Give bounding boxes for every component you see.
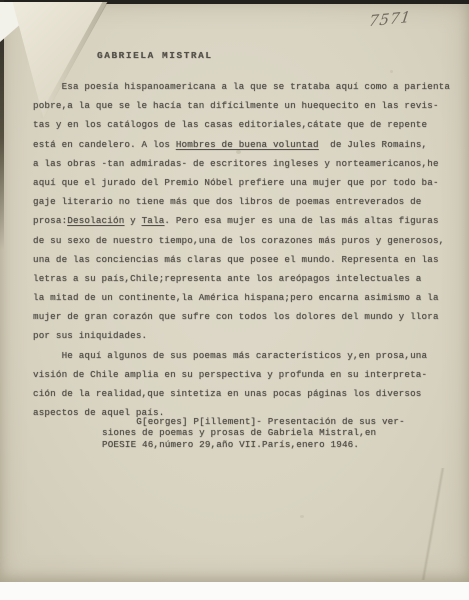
paper-crease bbox=[416, 468, 450, 580]
typed-line: POESIE 46,número 29,año VII.París,enero … bbox=[102, 439, 462, 450]
citation-block: G[eorges] P[illement]- Presentación de s… bbox=[102, 416, 462, 450]
paper-blemish bbox=[390, 70, 393, 73]
typed-line: ción de la realidad,que sintetiza en una… bbox=[33, 384, 463, 403]
typed-line: visión de Chile amplia en su perspectiva… bbox=[33, 365, 463, 384]
typed-line: a las obras -tan admiradas- de escritore… bbox=[33, 154, 463, 173]
typed-line: tas y en los catálogos de las casas edit… bbox=[33, 115, 463, 134]
typed-line: Esa poesía hispanoamericana a la que se … bbox=[33, 77, 463, 96]
typed-line: está en candelero. A los Hombres de buen… bbox=[33, 135, 463, 154]
typed-line: de su sexo de nuestro tiempo,una de los … bbox=[33, 231, 463, 250]
typed-line: prosa:Desolación y Tala. Pero esa mujer … bbox=[33, 211, 463, 230]
typed-line: una de las conciencias más claras que po… bbox=[33, 250, 463, 269]
typed-line: por sus iniquidades. bbox=[33, 326, 463, 345]
typed-line: aquí que el jurado del Premio Nóbel pref… bbox=[33, 173, 463, 192]
typed-line: He aquí algunos de sus poemas más caract… bbox=[33, 346, 463, 365]
scanned-document-page: { "scan": { "handwritten_number": "7571"… bbox=[0, 0, 469, 600]
typed-line: letras a su país,Chile;representa ante l… bbox=[33, 269, 463, 288]
scanner-background-strip bbox=[0, 582, 469, 600]
typed-line: siones de poemas y prosas de Gabriela Mi… bbox=[102, 427, 462, 438]
typed-line: G[eorges] P[illement]- Presentación de s… bbox=[102, 416, 462, 427]
document-body: Esa poesía hispanoamericana a la que se … bbox=[33, 77, 463, 422]
typed-line: pobre,a la que se le hacía tan difícilme… bbox=[33, 96, 463, 115]
typed-line: la mitad de un continente,la América his… bbox=[33, 288, 463, 307]
paper-blemish bbox=[300, 515, 304, 518]
typed-line: mujer de gran corazón que sufre con todo… bbox=[33, 307, 463, 326]
document-title: GABRIELA MISTRAL bbox=[97, 50, 213, 61]
typed-line: gaje literario no tiene más que dos libr… bbox=[33, 192, 463, 211]
